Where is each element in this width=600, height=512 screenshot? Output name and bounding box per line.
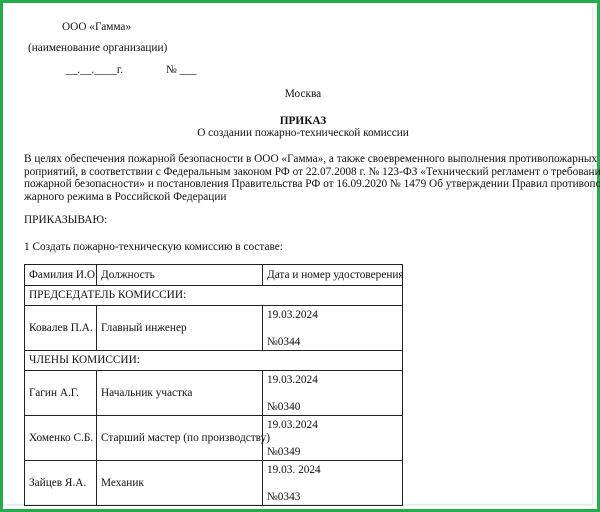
city: Москва — [3, 88, 600, 101]
preamble-line: жарного режима в Российской Федерации — [24, 191, 584, 204]
preamble: В целях обеспечения пожарной безопасност… — [24, 153, 584, 203]
person-name: Хоменко С.Б. — [25, 416, 97, 461]
certificate-cell: 19.03.2024 №0349 — [263, 416, 403, 461]
certificate-cell: 19.03. 2024 №0343 — [263, 461, 403, 506]
person-name: Ковалев П.А. — [25, 306, 97, 351]
table-row: Ковалев П.А. Главный инженер 19.03.2024 … — [25, 306, 403, 351]
section-label: ЧЛЕНЫ КОМИССИИ: — [25, 351, 403, 371]
person-position: Начальник участка — [97, 371, 263, 416]
person-position: Главный инженер — [97, 306, 263, 351]
document-subtitle: О создании пожарно-технической комиссии — [3, 127, 600, 140]
person-position: Старший мастер (по производству) — [97, 416, 263, 461]
order-word: ПРИКАЗЫВАЮ: — [24, 214, 107, 227]
header-name: Фамилия И.О. — [25, 265, 97, 286]
preamble-line: В целях обеспечения пожарной безопасност… — [24, 153, 584, 166]
certificate-number: №0344 — [267, 336, 398, 349]
number-placeholder: № ___ — [166, 64, 197, 77]
section-label: ПРЕДСЕДАТЕЛЬ КОМИССИИ: — [25, 286, 403, 306]
certificate-number: №0340 — [267, 401, 398, 414]
person-name: Зайцев Я.А. — [25, 461, 97, 506]
header-position: Должность — [97, 265, 263, 286]
certificate-cell: 19.03.2024 №0340 — [263, 371, 403, 416]
preamble-line: пожарной безопасности» и постановления П… — [24, 178, 584, 191]
commission-table: Фамилия И.О. Должность Дата и номер удос… — [24, 264, 403, 506]
certificate-number: №0349 — [267, 446, 398, 459]
document-frame: ООО «Гамма» (наименование организации) _… — [0, 0, 600, 512]
table-row: Хоменко С.Б. Старший мастер (по производ… — [25, 416, 403, 461]
certificate-date: 19.03.2024 — [267, 419, 398, 432]
table-header-row: Фамилия И.О. Должность Дата и номер удос… — [25, 265, 403, 286]
certificate-date: 19.03.2024 — [267, 309, 398, 322]
section-row-chairman: ПРЕДСЕДАТЕЛЬ КОМИССИИ: — [25, 286, 403, 306]
header-certificate: Дата и номер удостоверения — [263, 265, 403, 286]
organization-name: ООО «Гамма» — [62, 21, 131, 34]
person-name: Гагин А.Г. — [25, 371, 97, 416]
section-row-members: ЧЛЕНЫ КОМИССИИ: — [25, 351, 403, 371]
table-row: Зайцев Я.А. Механик 19.03. 2024 №0343 — [25, 461, 403, 506]
table-row: Гагин А.Г. Начальник участка 19.03.2024 … — [25, 371, 403, 416]
organization-caption: (наименование организации) — [28, 42, 167, 55]
certificate-date: 19.03. 2024 — [267, 464, 398, 477]
certificate-cell: 19.03.2024 №0344 — [263, 306, 403, 351]
preamble-line: роприятий, в соответствии с Федеральным … — [24, 166, 584, 179]
date-placeholder: __.__.____г. — [66, 64, 123, 77]
order-item-1: 1 Создать пожарно-техническую комиссию в… — [24, 241, 283, 254]
person-position: Механик — [97, 461, 263, 506]
certificate-date: 19.03.2024 — [267, 374, 398, 387]
certificate-number: №0343 — [267, 491, 398, 504]
